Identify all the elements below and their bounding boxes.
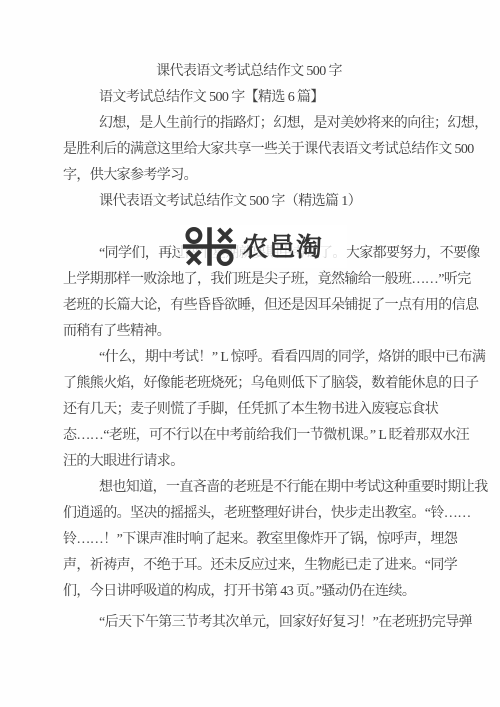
text-line: 课代表语文考试总结作文 500 字（精选篇 1）: [63, 189, 435, 215]
watermark-logo-icon: [182, 226, 237, 267]
text-line: 而稍有了些精神。: [63, 319, 435, 345]
text-line: 幻想，是人生前行的指路灯；幻想，是对美妙将来的向往；幻想，: [63, 111, 435, 137]
text-line: 铃……！”下课声准时响了起来。教室里像炸开了锅，惊呼声，埋怨: [63, 527, 435, 553]
text-line: 想也知道，一直吝啬的老班是不行能在期中考试这种重要时期让我: [63, 475, 435, 501]
text-line: 字，供大家参考学习。: [63, 163, 435, 189]
text-line: 是胜利后的满意这里给大家共享一些关于课代表语文考试总结作文 500: [63, 137, 435, 163]
text-line: 老班的长篇大论，有些昏昏欲睡，但还是因耳朵铺捉了一点有用的信息: [63, 293, 435, 319]
document-page: 课代表语文考试总结作文 500 字 语文考试总结作文 500 字【精选 6 篇】…: [0, 0, 500, 707]
text-line: 上学期那样一败涂地了，我们班是尖子班，竟然输给一般班……”听完: [63, 267, 435, 293]
text-line: 声，祈祷声，不绝于耳。还未反应过来，生物彪已走了进来。“同学: [63, 553, 435, 579]
document-title: 课代表语文考试总结作文 500 字: [63, 59, 435, 85]
text-line: “什么，期中考试！” L 惊呼。看看四周的同学，烙饼的眼中已布满: [63, 345, 435, 371]
text-line: 了熊熊火焰，好像能老班烧死；乌龟则低下了脑袋，数着能休息的日子: [63, 371, 435, 397]
text-line: 语文考试总结作文 500 字【精选 6 篇】: [63, 85, 435, 111]
text-line: “后天下午第三节考其次单元，回家好好复习！”在老班扔完导弹: [63, 610, 435, 636]
watermark-brand-text: 农邑淘: [242, 234, 323, 260]
text-line: 们，今日讲呼吸道的构成，打开书第 43 页。”骚动仍在连续。: [63, 579, 435, 605]
document-body: 课代表语文考试总结作文 500 字 语文考试总结作文 500 字【精选 6 篇】…: [63, 59, 435, 636]
text-line: 还有几天；麦子则慌了手脚，任凭抓了本生物书进入废寝忘食状: [63, 397, 435, 423]
text-line: 态……“老班，可不行以在中考前给我们一节微机课。” L 眨着那双水汪: [63, 423, 435, 449]
watermark: 农邑淘: [180, 225, 347, 268]
document-paragraphs: 语文考试总结作文 500 字【精选 6 篇】幻想，是人生前行的指路灯；幻想，是对…: [63, 85, 435, 636]
text-line: 们逍遥的。坚决的摇摇头，老班整理好讲台，快步走出教室。“铃……: [63, 501, 435, 527]
text-line: 汪的大眼进行请求。: [63, 449, 435, 475]
